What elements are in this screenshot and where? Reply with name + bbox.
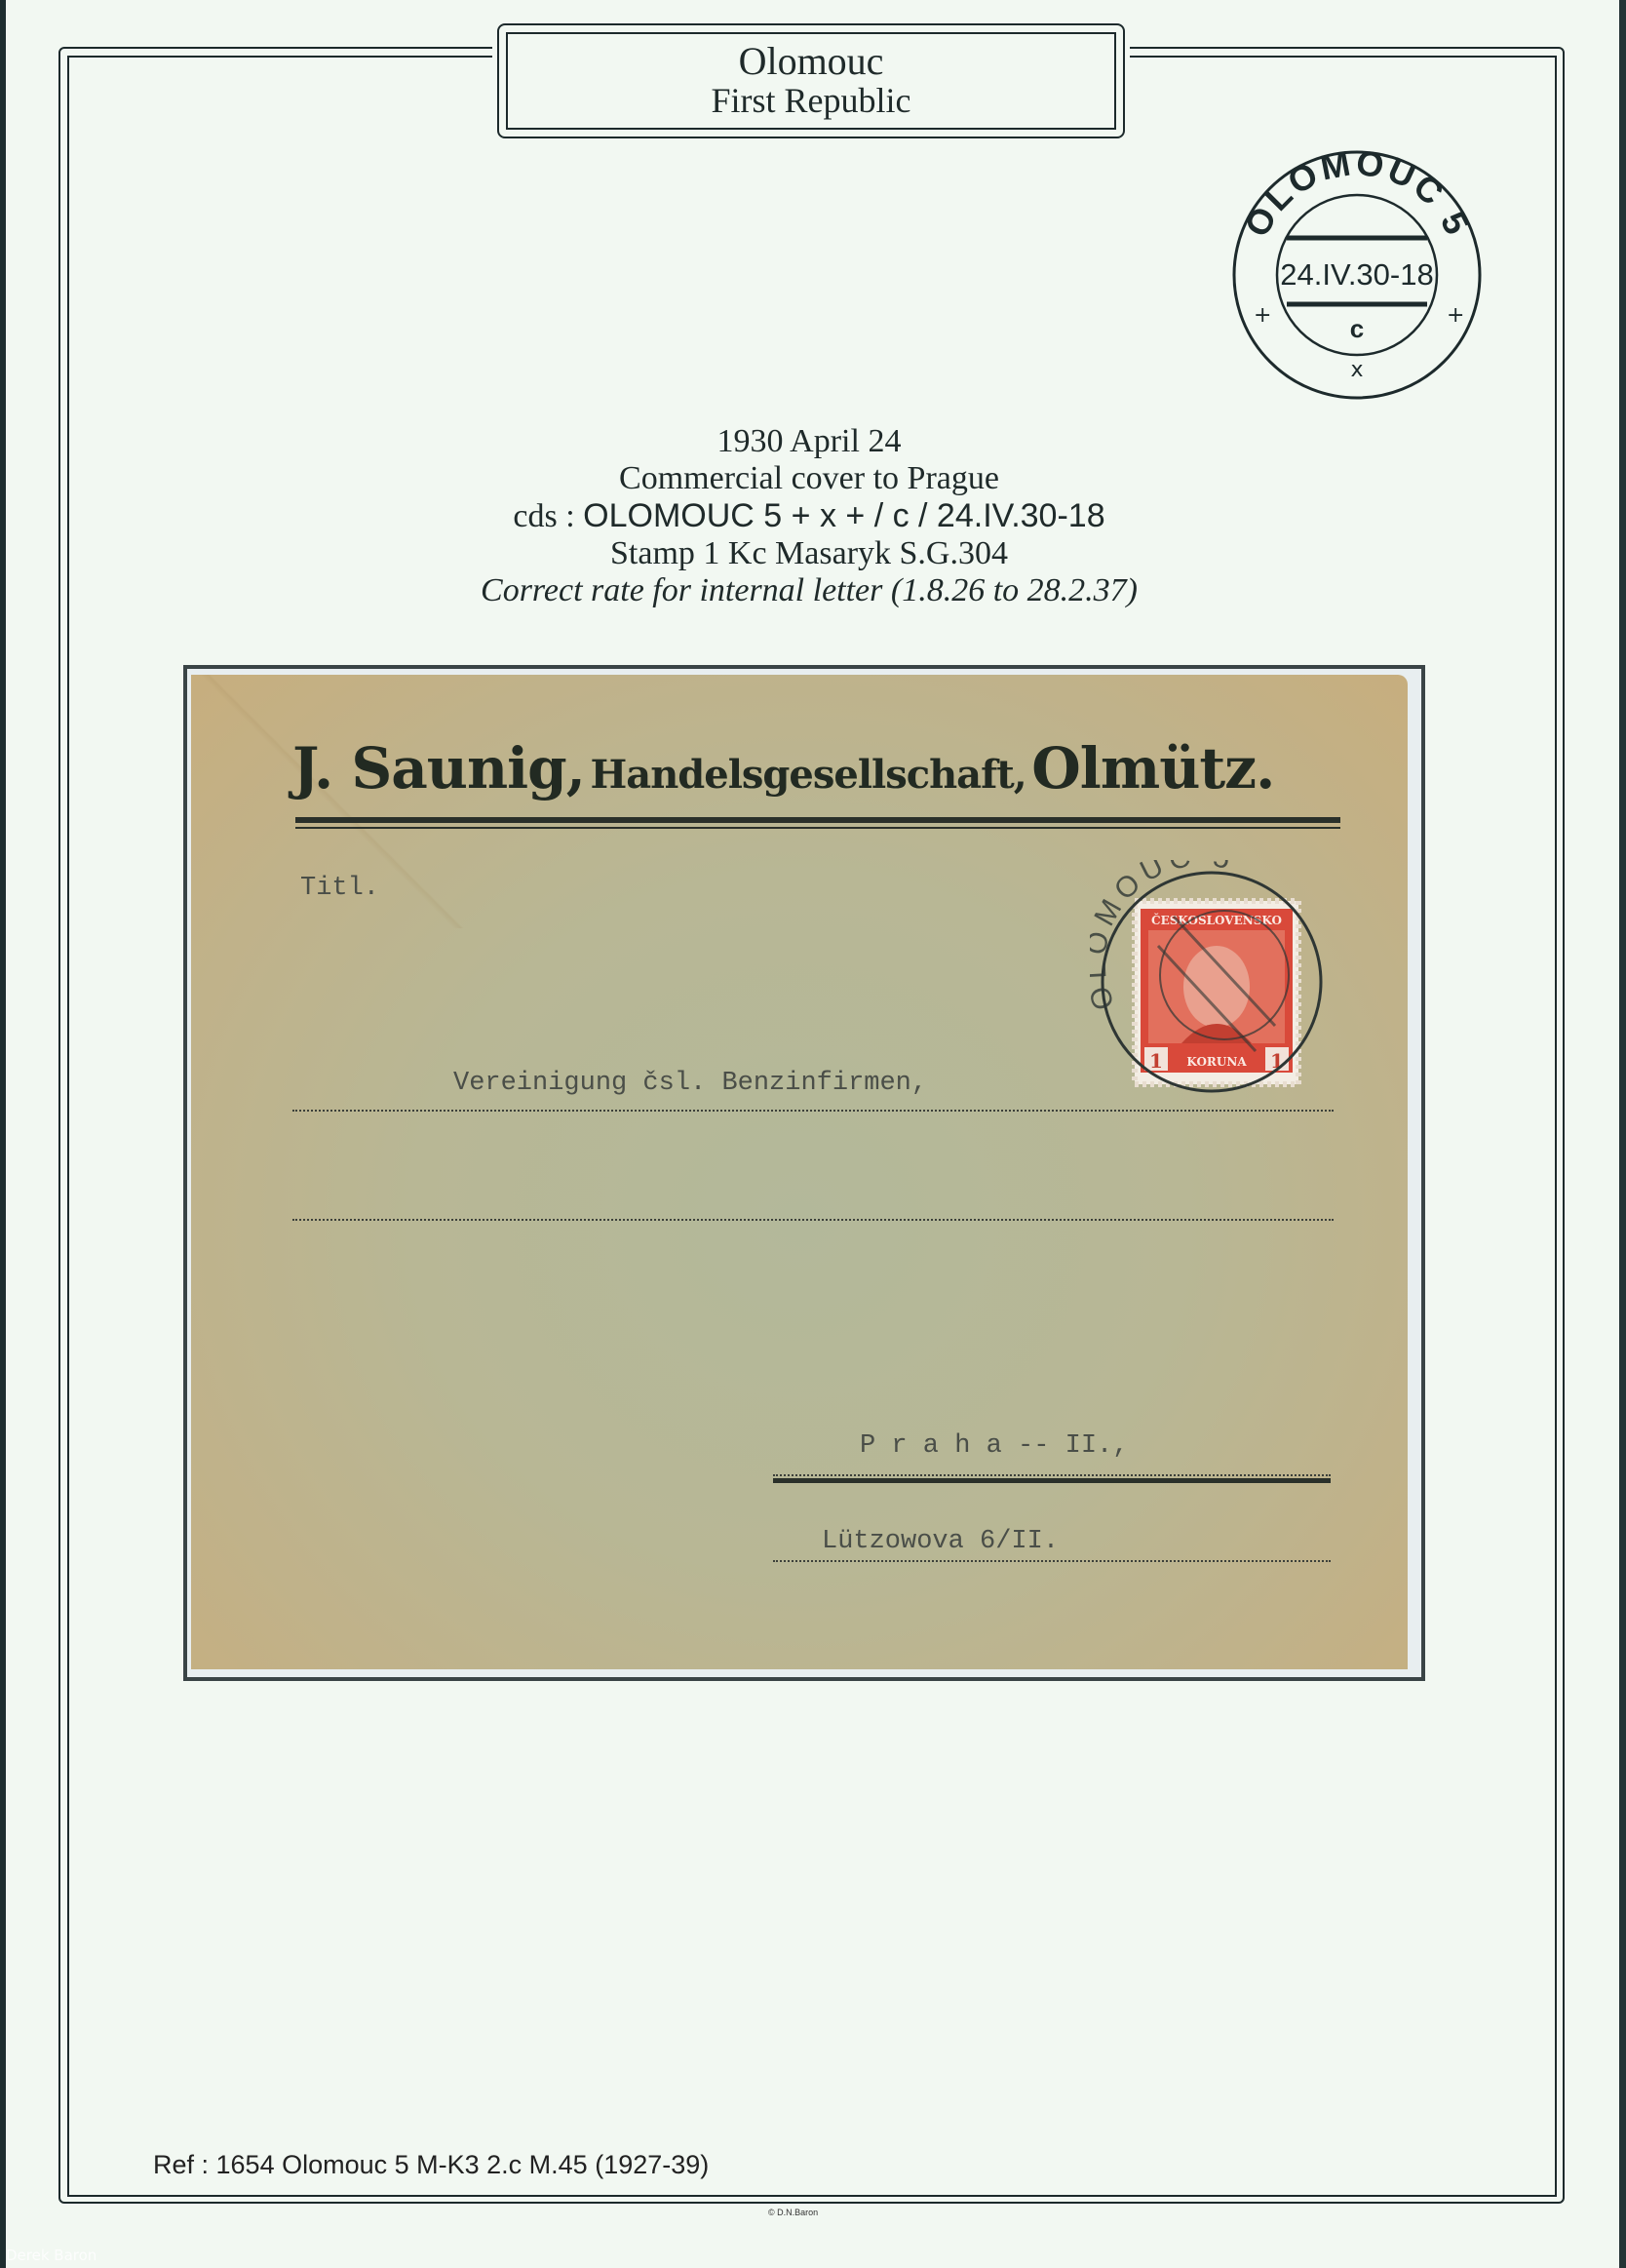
letterhead-rule: [295, 817, 1340, 823]
title-box-inner: Olomouc First Republic: [506, 32, 1116, 130]
city-underline: [773, 1478, 1331, 1483]
cover-cds: cds : OLOMOUC 5 + x + / c / 24.IV.30-18: [370, 497, 1248, 535]
address-line-addressee: Vereinigung čsl. Benzinfirmen,: [453, 1069, 927, 1098]
postmark-ornament-right: +: [1447, 303, 1464, 328]
watermark: Derek Baron: [6, 2247, 97, 2264]
address-line-3: [773, 1474, 1331, 1476]
company-type: Handelsgesellschaft,: [591, 752, 1026, 798]
postmark-code: c: [1350, 314, 1364, 343]
address-line-city: P r a h a -- II.,: [860, 1431, 1128, 1461]
copyright-note: © D.N.Baron: [768, 2208, 818, 2217]
cover-rate-note: Correct rate for internal letter (1.8.26…: [370, 572, 1248, 609]
postmark-ornament-bottom: x: [1350, 358, 1363, 382]
cds-value: OLOMOUC 5 + x + / c / 24.IV.30-18: [583, 497, 1104, 534]
scan-edge-right: [1619, 0, 1626, 2268]
postmark-ornament-left: +: [1254, 303, 1271, 328]
address-line-1: [292, 1110, 1334, 1112]
cds-label: cds :: [513, 498, 583, 534]
envelope: [191, 675, 1408, 1669]
company-name: J. Saunig,: [292, 735, 585, 802]
company-city: Olmütz.: [1031, 735, 1274, 802]
postmark-date: 24.IV.30-18: [1280, 257, 1433, 292]
cover-date: 1930 April 24: [370, 423, 1248, 460]
scan-edge-left: [0, 0, 6, 2268]
address-line-2: [292, 1219, 1334, 1221]
cover-postmark: OLOMOUC 5: [1090, 860, 1334, 1104]
reference-note: Ref : 1654 Olomouc 5 M-K3 2.c M.45 (1927…: [153, 2150, 709, 2180]
cover-type: Commercial cover to Prague: [370, 460, 1248, 497]
cover-stamp: Stamp 1 Kc Masaryk S.G.304: [370, 535, 1248, 572]
address-line-street: Lützowova 6/II.: [822, 1527, 1059, 1556]
page-subtitle: First Republic: [712, 81, 911, 120]
address-salutation: Titl.: [300, 874, 379, 903]
page-title: Olomouc: [739, 42, 884, 81]
letterhead-rule-thin: [295, 827, 1340, 829]
envelope-letterhead: J. Saunig, Handelsgesellschaft, Olmütz.: [292, 735, 1345, 802]
postmark-illustration: OLOMOUC 5 24.IV.30-18 c + + x: [1230, 148, 1484, 402]
address-line-4: [773, 1560, 1331, 1562]
cover-description: 1930 April 24 Commercial cover to Prague…: [370, 423, 1248, 609]
